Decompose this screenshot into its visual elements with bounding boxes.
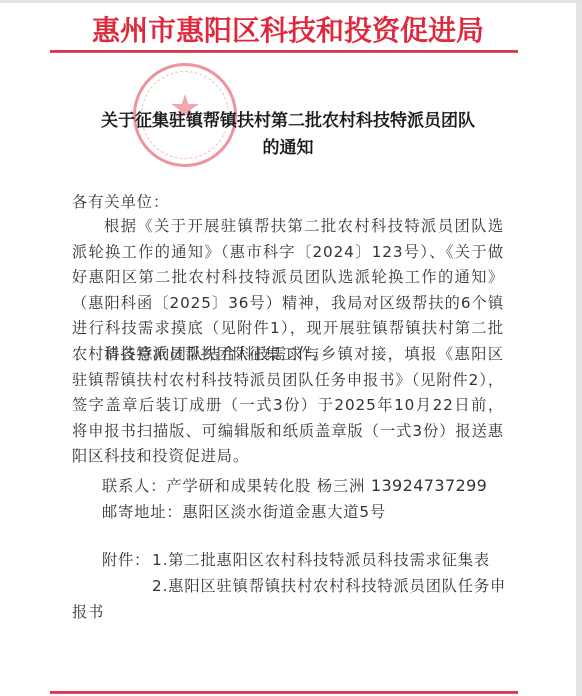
contact-department: 产学研和成果转化股 — [166, 477, 311, 495]
footer-red-rule — [50, 691, 518, 694]
attachment-item-2-continued: 报书 — [72, 601, 104, 622]
body-paragraph-2: 请各意向团队结合科技需求与乡镇对接，填报《惠阳区驻镇帮镇扶村农村科技特派员团队任… — [72, 342, 504, 470]
salutation: 各有关单位： — [72, 191, 169, 212]
address-line: 邮寄地址：惠阳区淡水街道金惠大道5号 — [102, 501, 386, 522]
document-title-line-1: 关于征集驻镇帮镇扶村第二批农村科技特派员团队 — [0, 106, 576, 131]
address-label: 邮寄地址： — [102, 503, 182, 521]
vertical-scrollbar[interactable] — [576, 3, 582, 696]
attachment-item-2: 2.惠阳区驻镇帮镇扶村农村科技特派员团队任务申 — [152, 575, 506, 596]
document-title-line-2: 的通知 — [0, 133, 576, 158]
contact-label: 联系人： — [102, 477, 166, 495]
contact-line: 联系人：产学研和成果转化股 杨三洲 13924737299 — [102, 475, 487, 496]
contact-phone: 13924737299 — [371, 476, 487, 495]
contact-name: 杨三洲 — [317, 477, 365, 495]
masthead-red-rule — [50, 50, 518, 53]
attachment-item-1: 1.第二批惠阳区农村科技特派员科技需求征集表 — [152, 549, 490, 570]
document-page: 惠州市惠阳区科技和投资促进局 ★ 关于征集驻镇帮镇扶村第二批农村科技特派员团队 … — [0, 3, 576, 696]
masthead-title: 惠州市惠阳区科技和投资促进局 — [0, 9, 576, 49]
address-value: 惠阳区淡水街道金惠大道5号 — [182, 503, 386, 521]
attachments-label: 附件： — [102, 549, 150, 570]
